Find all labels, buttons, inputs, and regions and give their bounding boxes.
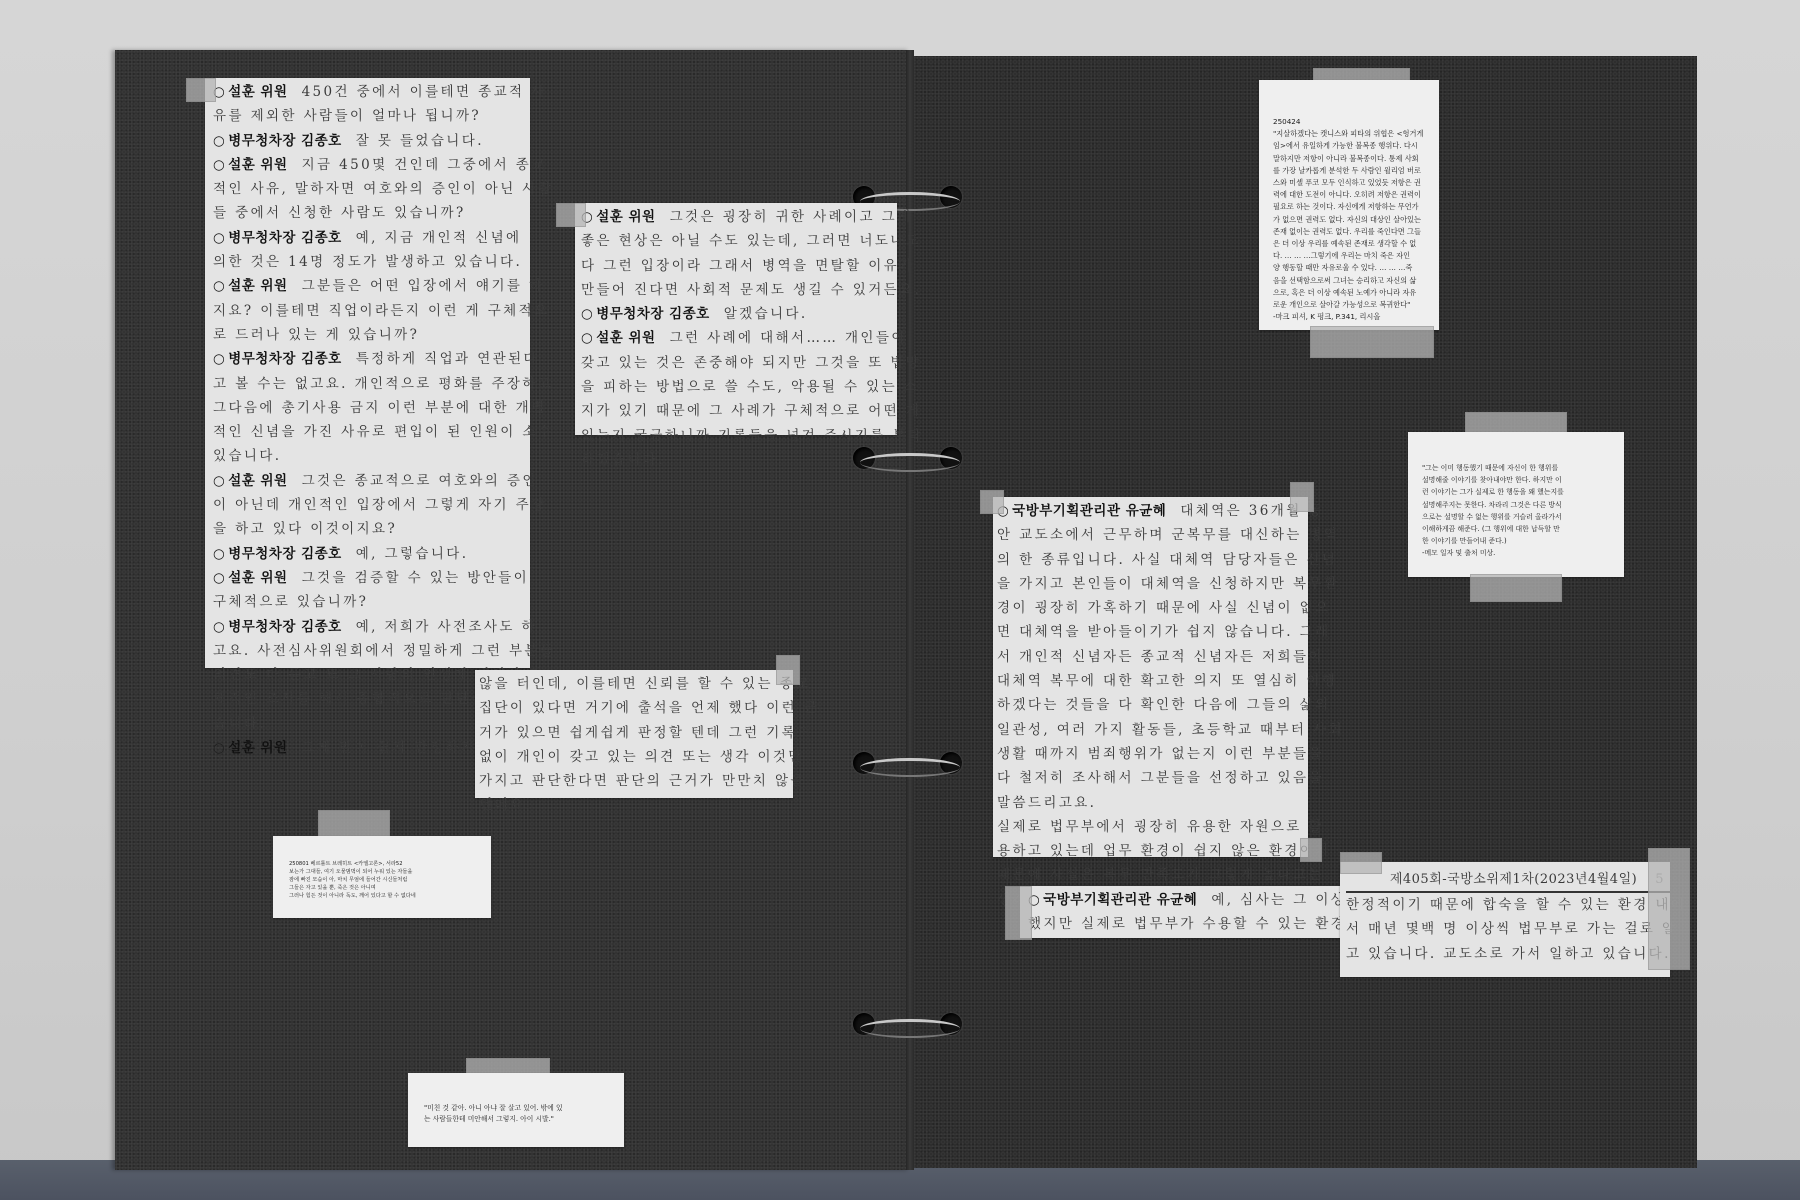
tape-strip [186,78,216,102]
speaker-name: 설훈 위원 [596,330,655,346]
speaker-name: 설훈 위원 [228,570,287,586]
transcript-text: 고 있습니다. 교도소로 가서 일하고 있습니다. [1346,946,1671,962]
transcript-line: 고 있습니다. 교도소로 가서 일하고 있습니다. [1346,942,1670,966]
session-info: 제405회-국방소위제1차(2023년4월4일) [1390,868,1637,887]
memo-note-quote: "미친 것 같아. 아니 아냐 잘 살고 있어. 밖에 있는 사람들한테 미안해… [408,1073,624,1147]
transcript-text: 않을 터인데, 이를테면 신뢰를 할 수 있는 종교 [479,676,810,692]
transcript-text: 적인 신념을 가진 사유로 편입이 된 인원이 소수 [213,424,553,440]
transcript-line: 을 가지고 본인들이 대체역을 신청하지만 복무환 [997,572,1308,596]
transcript-line: 고요. 사전심사위원회에서 정밀하게 그런 부분들 [213,639,530,663]
transcript-line: 안 교도소에서 근무하며 군복무를 대신하는 병역 [997,523,1308,547]
transcript-line: 하겠습니다. [581,448,897,472]
transcript-text: 특정하게 직업과 연관된다 [356,351,539,367]
speaker-name: 병무청차장 김종호 [228,546,342,562]
transcript-line: 서 매년 몇백 명 이상씩 법무부로 가는 걸로 알 [1346,917,1670,941]
speaker-marker-icon: ○ [213,230,227,246]
transcript-line: 다 그런 입장이라 그래서 병역을 면탈할 이유가 [581,254,897,278]
transcript-line: 없이 개인이 갖고 있는 의견 또는 생각 이것만 [479,745,793,769]
transcript-line: 고 볼 수는 없고요. 개인적으로 평화를 주장하고 [213,372,530,396]
speaker-marker-icon: ○ [213,740,227,756]
transcript-text: 그분들은 어떤 입장에서 얘기를 하 [302,278,545,294]
transcript-text: 의 한 종류입니다. 사실 대체역 담당자들은 신념 [997,552,1337,568]
speaker-name: 설훈 위원 [228,278,287,294]
transcript-line: 경이 굉장히 가혹하기 때문에 사실 신념이 없으 [997,596,1308,620]
note-line: 는 사람들한테 미안해서 그렇지. 아이 시발." [424,1114,624,1125]
transcript-line: ○국방부기획관리관 유균혜예, 심사는 그 이상 [1028,888,1342,912]
transcript-text: 없이 개인이 갖고 있는 의견 또는 생각 이것만 [479,749,804,765]
tape-strip [318,810,390,838]
speaker-marker-icon: ○ [213,133,227,149]
note-line: 존재 없이는 권력도 없다. 우리를 죽인다면 그들 [1273,226,1439,238]
note-line: 으로는 설명할 수 없는 행위를 거슬러 올라가서 [1422,511,1624,523]
note-line: "그는 이미 행동했기 때문에 자신이 한 행위를 [1422,462,1624,474]
transcript-line: 이 아닌데 개인적인 입장에서 그렇게 자기 주장 [213,493,530,517]
transcript-text: 을 가지고 본인들이 대체역을 신청하지만 복무환 [997,576,1339,592]
transcript-line: ○병무청차장 김종호잘 못 들었습니다. [213,129,530,153]
transcript-text: 때문에 사실은 복무 만족도가 그렇게 높다고는 [997,867,1324,883]
transcript-text: 좋은 현상은 아닐 수도 있는데, 그러면 너도나도 [581,233,921,249]
speaker-marker-icon: ○ [213,473,227,489]
transcript-line: 적인 신념을 가진 사유로 편입이 된 인원이 소수 [213,420,530,444]
transcript-text: 용하고 있는데 업무 환경이 쉽지 않은 환경이기 [997,843,1331,859]
transcript-line: 했지만 실제로 법무부가 수용할 수 있는 환경이 [1028,912,1342,936]
transcript-text: 고요. 사전심사위원회에서 정밀하게 그런 부분들 [213,643,555,659]
speaker-name: 국방부기획관리관 유균혜 [1012,503,1166,519]
transcript-text: 그것은 굉장히 귀한 사례이고 그게 [670,209,913,225]
transcript-line: 서 개인적 신념자든 종교적 신념자든 저희들이 [997,645,1308,669]
note-line: 보는가 그대들, 여기 오물범벅이 되어 누워 있는 자들을 [289,868,491,876]
transcript-line: ○병무청차장 김종호예, 지금 개인적 신념에 [213,226,530,250]
transcript-line: 실제로 법무부에서 굉장히 유용한 자원으로 활 [997,815,1308,839]
transcript-text: 거가 있으면 쉽게쉽게 판정할 텐데 그런 기록도 [479,725,813,741]
transcript-line: 한정적이기 때문에 합숙을 할 수 있는 환경 내에 [1346,893,1670,917]
memo-note-action-story: "그는 이미 행동했기 때문에 자신이 한 행위를설명해줄 이야기를 찾아내야만… [1408,432,1624,577]
transcript-text: 하겠습니다. [581,452,665,468]
memo-note-brecht: 250801 베르톨트 브레히트 <카엘고론>, 서라52보는가 그대들, 여기… [273,836,491,918]
transcript-clipping-b: ○설훈 위원그것은 굉장히 귀한 사례이고 그게좋은 현상은 아닐 수도 있는데… [575,203,897,435]
note-line: "미친 것 같아. 아니 아냐 잘 살고 있어. 밖에 있 [424,1103,624,1114]
transcript-line: 좋은 현상은 아닐 수도 있는데, 그러면 너도나도 [581,229,897,253]
transcript-line: ○설훈 위원지금 450몇 건인데 그중에서 종교 [213,153,530,177]
transcript-line: 용하고 있는데 업무 환경이 쉽지 않은 환경이기 [997,839,1308,863]
tape-strip [1300,838,1322,862]
transcript-clipping-a: ○설훈 위원450건 중에서 이를테면 종교적 사유를 제외한 사람들이 얼마나… [205,78,530,668]
note-line: 한 이야기를 만들어내 준다.) [1422,535,1624,547]
note-line: 설명해주지는 못한다. 차라리 그것은 다른 방식 [1422,499,1624,511]
transcript-text: 했지만 실제로 법무부가 수용할 수 있는 환경이 [1028,916,1362,932]
transcript-line: 로 드러나 있는 게 있습니까? [213,323,530,347]
transcript-text: 의한 것은 14명 정도가 발생하고 있습니다. [213,254,522,270]
note-line: 가 없으면 권력도 없다. 자신의 대상인 살아있는 [1273,214,1439,226]
transcript-text: 을 피하는 방법으로 쓸 수도, 악용될 수 있는 소 [581,379,919,395]
transcript-line: 텐데요. [479,793,793,817]
transcript-line: ○설훈 위원그것은 굉장히 귀한 사례이고 그게 [581,205,897,229]
memo-note-mark-fisher: 250424"지살하겠다는 캣니스와 피타의 위협은 <헝거게임>에서 유일하게… [1259,80,1439,330]
transcript-text: 로 드러나 있는 게 있습니까? [213,327,419,343]
speaker-name: 설훈 위원 [228,84,287,100]
note-line: 력에 대한 도전이 아니다. 오히려 저항은 권력이 [1273,189,1439,201]
transcript-line: 생활 때까지 범죄행위가 없는지 이런 부분들을 [997,742,1308,766]
transcript-clipping-f: 제405회-국방소위제1차(2023년4월4일) 5 한정적이기 때문에 합숙을… [1340,862,1670,977]
note-line: 필요로 하는 것이다. 자신에게 저항하는 무언가 [1273,201,1439,213]
transcript-text: 한정적이기 때문에 합숙을 할 수 있는 환경 내에 [1346,897,1686,913]
transcript-text: 그것은 종교적으로 여호와의 증인 [302,473,538,489]
transcript-line: 가지고 판단한다면 판단의 근거가 만만치 않을 [479,769,793,793]
transcript-text: 다 철저히 조사해서 그분들을 선정하고 있음을 [997,770,1324,786]
transcript-text: 지가 있기 때문에 그 사례가 구체적으로 어떤 게 [581,403,921,419]
tape-strip [556,203,586,227]
transcript-text: 있습니다. [213,448,281,464]
speaker-name: 설훈 위원 [228,740,287,756]
transcript-text: 450건 중에서 이를테면 종교적 사 [302,84,547,100]
transcript-line: 구체적으로 있습니까? [213,590,530,614]
note-line: 말하지만 저항이 아니라 불복종이다. 통제 사회 [1273,153,1439,165]
speaker-marker-icon: ○ [213,278,227,294]
note-line: 양 행동할 때만 자유로울 수 있다. … … …죽 [1273,262,1439,274]
transcript-text: 유를 제외한 사람들이 얼마나 됩니까? [213,108,481,124]
note-line: 은 더 이상 우리를 예속된 존재로 생각할 수 없 [1273,238,1439,250]
transcript-text: 집단이 있다면 거기에 출석을 언제 했다 이런 근 [479,700,819,716]
note-line: 로운 개인으로 살아갈 가능성으로 복귀한다" [1273,299,1439,311]
transcript-line: 일관성, 여러 가지 활동들, 초등학교 때부터 사회 [997,718,1308,742]
transcript-text: 구체적으로 있습니까? [213,594,368,610]
transcript-line: ○병무청차장 김종호특정하게 직업과 연관된다 [213,347,530,371]
speaker-marker-icon: ○ [213,546,227,562]
transcript-line: ○설훈 위원그분들은 어떤 입장에서 얘기를 하 [213,274,530,298]
speaker-marker-icon: ○ [213,157,227,173]
transcript-text: 적인 사유, 말하자면 여호와의 증인이 아닌 사람 [213,181,553,197]
transcript-line: 하겠다는 것들을 다 확인한 다음에 그들의 삶의 [997,693,1308,717]
transcript-text: 예, 심사는 그 이상 [1211,892,1346,908]
transcript-line: 거가 있으면 쉽게쉽게 판정할 텐데 그런 기록도 [479,721,793,745]
transcript-text: 가지고 판단한다면 판단의 근거가 만만치 않을 [479,773,806,789]
transcript-text: 을 하고 있다 이것이지요? [213,521,397,537]
transcript-line: ○병무청차장 김종호예, 그렇습니다. [213,542,530,566]
transcript-line: 집단이 있다면 거기에 출석을 언제 했다 이런 근 [479,696,793,720]
transcript-text: 대체역 복무에 대한 확고한 의지 또 열심히 이행 [997,673,1337,689]
transcript-text: 예, 지금 개인적 신념에 [356,230,522,246]
transcript-line: ○설훈 위원그것은 종교적으로 여호와의 증인 [213,469,530,493]
transcript-line: 면 대체역을 받아들이기가 쉽지 않습니다. 그래 [997,620,1308,644]
transcript-text: 잘 못 들었습니다. [356,133,484,149]
transcript-line: ○설훈 위원그런 사례에 대해서…… 개인들이 [581,326,897,350]
transcript-text: 하겠다는 것들을 다 확인한 다음에 그들의 삶의 [997,697,1331,713]
transcript-text: 예, 저희가 사전조사도 하 [356,619,537,635]
tape-strip [1470,574,1562,602]
transcript-text: 지요? 이를테면 직업이라든지 이런 게 구체적으 [213,303,549,319]
speaker-marker-icon: ○ [213,351,227,367]
note-line: -메모 일자 및 출처 미상. [1422,547,1624,559]
transcript-line: 다 철저히 조사해서 그분들을 선정하고 있음을 [997,766,1308,790]
transcript-text: 경이 굉장히 가혹하기 때문에 사실 신념이 없으 [997,600,1331,616]
transcript-text: 텐데요. [479,797,532,813]
transcript-line: 그다음에 총기사용 금지 이런 부분에 대한 개별 [213,396,530,420]
note-line: -마크 피셔, K 펑크, P.341, 리시올 [1273,311,1439,323]
transcript-text: 그런 사례에 대해서…… 개인들이 [670,330,907,346]
transcript-clipping-c: 않을 터인데, 이를테면 신뢰를 할 수 있는 종교집단이 있다면 거기에 출석… [475,670,793,798]
tape-strip [980,490,1004,514]
transcript-text: 알겠습니다. [724,306,808,322]
transcript-page-header: 제405회-국방소위제1차(2023년4월4일) 5 [1346,862,1670,893]
note-line: 임>에서 유일하게 가능한 불복종 행위다. 다시 [1273,140,1439,152]
note-line: 이해하게끔 해준다. (그 행위에 대한 납득할 만 [1422,523,1624,535]
transcript-text: 생활 때까지 범죄행위가 없는지 이런 부분들을 [997,746,1324,762]
transcript-text: 만들어 진다면 사회적 문제도 생길 수 있거든요. [581,282,921,298]
tape-strip [1340,852,1382,874]
transcript-text: 습니다. [213,716,266,732]
note-line: 잠에 빠진 모습이 아, 마치 무엄에 들어간 시신들처럼 [289,876,491,884]
transcript-line: 있습니다. [213,444,530,468]
transcript-line: 지가 있기 때문에 그 사례가 구체적으로 어떤 게 [581,399,897,423]
transcript-text: 예, 그렇습니다. [356,546,469,562]
speaker-marker-icon: ○ [581,306,595,322]
transcript-text: 서 개인적 신념자든 종교적 신념자든 저희들이 [997,649,1324,665]
transcript-text: 그다음에 총기사용 금지 이런 부분에 대한 개별 [213,400,547,416]
transcript-text: 있는지 궁금하니까 기록들을 넘겨 주시기를 부탁 [581,428,923,444]
transcript-text: 말씀드리고요. [997,795,1096,811]
transcript-line: ○설훈 위원450건 중에서 이를테면 종교적 사 [213,80,530,104]
speaker-name: 병무청차장 김종호 [228,619,342,635]
tape-strip [1005,886,1032,940]
note-line: 음을 선택함으로써 그녀는 승리하고 자신의 삶 [1273,275,1439,287]
transcript-text: 면 대체역을 받아들이기가 쉽지 않습니다. 그래 [997,624,1331,640]
transcript-text: 지금 450몇 건인데 그중에서 종교 [302,157,547,173]
transcript-line: 유를 제외한 사람들이 얼마나 됩니까? [213,104,530,128]
transcript-text: 들 중에서 신청한 사람도 있습니까? [213,205,466,221]
speaker-name: 설훈 위원 [596,209,655,225]
speaker-name: 병무청차장 김종호 [228,351,342,367]
note-line: 250801 베르톨트 브레히트 <카엘고론>, 서라52 [289,860,491,868]
note-line: 설명해줄 이야기를 찾아내야만 한다. 하지만 이 [1422,474,1624,486]
transcript-text: 안 교도소에서 근무하며 군복무를 대신하는 병역 [997,527,1339,543]
note-line: 스와 미셸 푸코 모두 인식하고 있었듯 저항은 권 [1273,177,1439,189]
transcript-line: 때문에 사실은 복무 만족도가 그렇게 높다고는 [997,863,1308,887]
transcript-line: 만들어 진다면 사회적 문제도 생길 수 있거든요. [581,278,897,302]
transcript-line: ○설훈 위원그것을 검증할 수 있는 방안들이 [213,566,530,590]
speaker-name: 설훈 위원 [228,157,287,173]
tape-strip [1648,848,1690,970]
transcript-text: 갖고 있는 것은 존중해야 되지만 그것을 또 법망 [581,355,921,371]
transcript-line: ○병무청차장 김종호알겠습니다. [581,302,897,326]
transcript-line: 적인 사유, 말하자면 여호와의 증인이 아닌 사람 [213,177,530,201]
note-line: 다. … … …그렇기에 우리는 마치 죽은 자인 [1273,250,1439,262]
transcript-text: 서 매년 몇백 명 이상씩 법무부로 가는 걸로 알 [1346,921,1677,937]
transcript-line: 갖고 있는 것은 존중해야 되지만 그것을 또 법망 [581,351,897,375]
transcript-text: 고 볼 수는 없고요. 개인적으로 평화를 주장하고 [213,376,553,392]
speaker-marker-icon: ○ [581,330,595,346]
note-line: 런 이야기는 그가 실제로 한 행동을 왜 했는지를 [1422,486,1624,498]
transcript-line: ○국방부기획관리관 유균혜대체역은 36개월 동 [997,499,1308,523]
tape-strip [1290,482,1314,512]
transcript-text: 실제로 법무부에서 굉장히 유용한 자원으로 활 [997,819,1324,835]
transcript-line: 말씀드리고요. [997,791,1308,815]
tape-strip [1310,326,1434,358]
transcript-line: 의 한 종류입니다. 사실 대체역 담당자들은 신념 [997,548,1308,572]
transcript-line: 대체역 복무에 대한 확고한 의지 또 열심히 이행 [997,669,1308,693]
speaker-name: 국방부기획관리관 유균혜 [1043,892,1197,908]
transcript-line: 을 하고 있다 이것이지요? [213,517,530,541]
transcript-line: 있는지 궁금하니까 기록들을 넘겨 주시기를 부탁 [581,424,897,448]
transcript-clipping-d: ○국방부기획관리관 유균혜대체역은 36개월 동안 교도소에서 근무하며 군복무… [993,497,1308,857]
transcript-text: 그것을 검증할 수 있는 방안들이 [302,570,530,586]
transcript-line: ○병무청차장 김종호예, 저희가 사전조사도 하 [213,615,530,639]
transcript-clipping-e: ○국방부기획관리관 유균혜예, 심사는 그 이상했지만 실제로 법무부가 수용할… [1020,886,1342,938]
note-line: 그들은 자고 있을 뿐, 죽은 것은 아니며 [289,884,491,892]
tape-strip [776,655,800,685]
speaker-name: 병무청차장 김종호 [228,230,342,246]
transcript-line: 의한 것은 14명 정도가 발생하고 있습니다. [213,250,530,274]
transcript-line: 지요? 이를테면 직업이라든지 이런 게 구체적으 [213,299,530,323]
transcript-line: 들 중에서 신청한 사람도 있습니까? [213,201,530,225]
note-line: 그러나 힘든 것이 아니라 독도, 깨어 있다고 할 수 없다네 [289,892,491,900]
transcript-line: 을 피하는 방법으로 쓸 수도, 악용될 수 있는 소 [581,375,897,399]
transcript-line: 않을 터인데, 이를테면 신뢰를 할 수 있는 종교 [479,672,793,696]
speaker-name: 설훈 위원 [228,473,287,489]
transcript-text: 이 아닌데 개인적인 입장에서 그렇게 자기 주장 [213,497,547,513]
speaker-name: 병무청차장 김종호 [228,133,342,149]
transcript-text: 일관성, 여러 가지 활동들, 초등학교 때부터 사회 [997,722,1344,738]
speaker-name: 병무청차장 김종호 [596,306,710,322]
speaker-marker-icon: ○ [213,570,227,586]
note-line: 250424 [1273,116,1439,128]
note-line: 으로, 혹은 더 이상 예속된 노예가 아니라 자유 [1273,287,1439,299]
note-line: "지살하겠다는 캣니스와 피타의 위협은 <헝거게 [1273,128,1439,140]
transcript-text: 다 그런 입장이라 그래서 병역을 면탈할 이유가 [581,258,915,274]
speaker-marker-icon: ○ [213,619,227,635]
note-line: 를 가장 날카롭게 분석한 두 사람인 윌리엄 버로 [1273,165,1439,177]
